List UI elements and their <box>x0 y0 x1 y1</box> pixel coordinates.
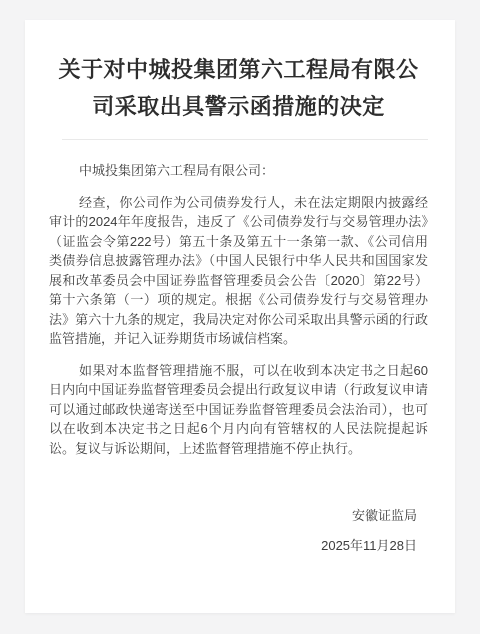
salutation: 中城投集团第六工程局有限公司： <box>49 161 428 181</box>
document-title-line-1: 关于对中城投集团第六工程局有限公 <box>49 51 428 88</box>
decision-letter-card: 关于对中城投集团第六工程局有限公 司采取出具警示函措施的决定 中城投集团第六工程… <box>25 20 455 613</box>
issue-date: 2025年11月28日 <box>49 536 417 556</box>
paragraph-appeal-rights: 如果对本监督管理措施不服，可以在收到本决定书之日起60日内向中国证券监督管理委员… <box>49 361 428 459</box>
issuer-signature: 安徽证监局 <box>49 506 417 526</box>
document-title-line-2: 司采取出具警示函措施的决定 <box>49 88 428 125</box>
letter-body: 中城投集团第六工程局有限公司： 经查，你公司作为公司债券发行人，未在法定期限内披… <box>49 140 428 555</box>
paragraph-findings: 经查，你公司作为公司债券发行人，未在法定期限内披露经审计的2024年年度报告，违… <box>49 193 428 349</box>
document-title: 关于对中城投集团第六工程局有限公 司采取出具警示函措施的决定 <box>49 51 428 125</box>
signature-block: 安徽证监局 2025年11月28日 <box>49 506 428 555</box>
